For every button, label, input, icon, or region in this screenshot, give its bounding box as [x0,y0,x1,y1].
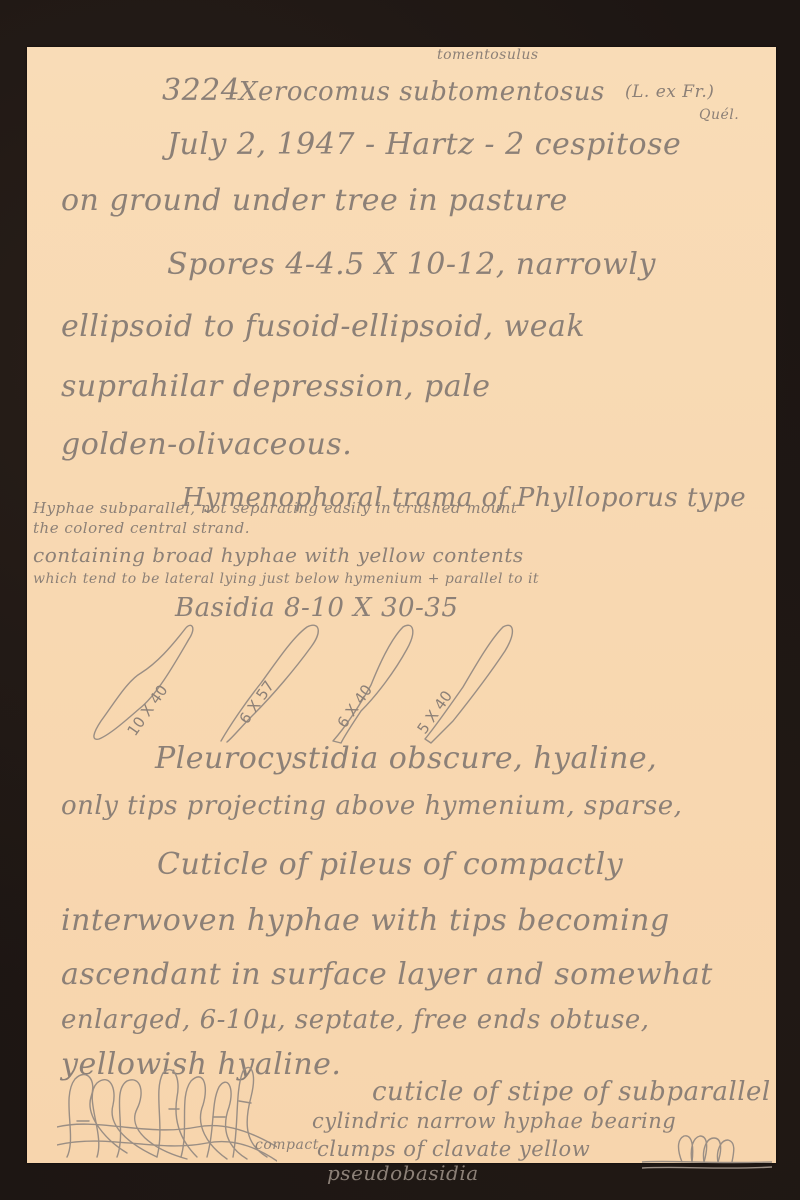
taxon-authority: (L. ex Fr.) [625,82,714,102]
cystidium-1-label: 10 X 40 [124,681,172,739]
stipe-cuticle-insert-compact: compact [255,1137,319,1153]
cystidium-4-label: 5 X 40 [414,687,457,737]
stipe-cuticle-line-4: pseudobasidia [327,1161,479,1185]
taxon-name: Xerocomus subtomentosus [239,77,605,107]
pileus-hyphae-sketch [57,1057,277,1167]
cystidium-2-label: 6 X 57 [236,677,279,727]
collection-date-line: July 2, 1947 - Hartz - 2 cespitose [167,127,681,162]
collection-number: 3224 [162,73,240,108]
habitat-line: on ground under tree in pasture [61,183,568,218]
pileus-cuticle-line-2: interwoven hyphae with tips becoming [61,903,670,938]
taxon-authority-suffix: Quél. [699,107,739,123]
cystidium-3-label: 6 X 40 [334,681,377,731]
trama-line-2: the colored central strand. [33,519,250,537]
pileus-cuticle-line-3: ascendant in surface layer and somewhat [61,957,713,992]
trama-line-1: Hyphae subparallel, not separating easil… [33,499,517,517]
stipe-cuticle-line-1: cuticle of stipe of subparallel [372,1077,771,1107]
note-card: tomentosulus 3224 Xerocomus subtomentosu… [27,47,776,1163]
pileus-cuticle-line-4: enlarged, 6-10µ, septate, free ends obtu… [61,1005,650,1035]
cystidia-sketch: 10 X 40 6 X 57 6 X 40 5 X 40 [57,577,517,767]
spores-line-4: golden-olivaceous. [61,427,352,462]
annotation-tomentosulus: tomentosulus [437,47,539,63]
pseudobasidia-sketch [642,1132,772,1172]
stipe-cuticle-line-3: clumps of clavate yellow [317,1137,590,1161]
trama-line-3: containing broad hyphae with yellow cont… [33,543,524,567]
pileus-cuticle-line-1: Cuticle of pileus of compactly [157,847,623,882]
cystidium-4-outline-icon [425,625,512,743]
spores-line-3: suprahilar depression, pale [61,369,490,404]
spores-line-2: ellipsoid to fusoid-ellipsoid, weak [61,309,585,344]
pleurocystidia-line-1: Pleurocystidia obscure, hyaline, [155,741,657,776]
spores-line-1: Spores 4-4.5 X 10-12, narrowly [167,247,656,282]
stipe-cuticle-line-2: cylindric narrow hyphae bearing [312,1109,676,1133]
pleurocystidia-line-2: only tips projecting above hymenium, spa… [61,791,682,821]
